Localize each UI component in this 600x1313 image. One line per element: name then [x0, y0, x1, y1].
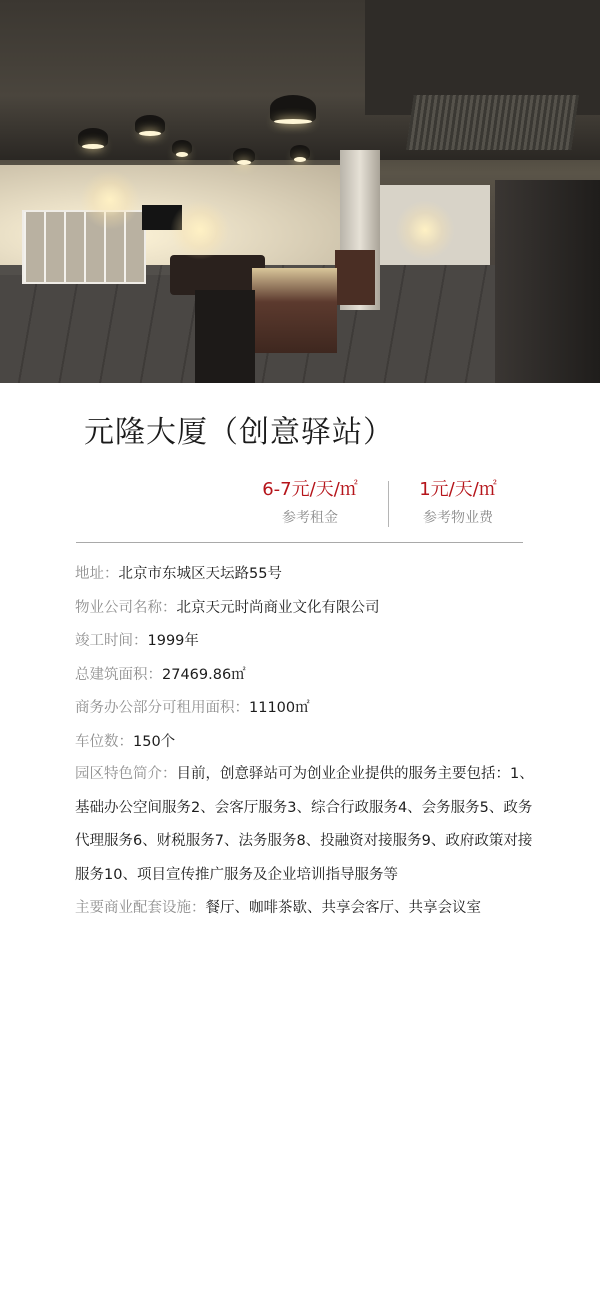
detail-label: 园区特色简介： [75, 766, 177, 782]
detail-label: 车位数： [75, 734, 133, 750]
property-details: 地址：北京市东城区天坛路55号 物业公司名称：北京天元时尚商业文化有限公司 竣工… [75, 563, 535, 926]
rent-price-label: 参考租金 [240, 507, 380, 529]
pendant-lamp-icon [290, 145, 310, 159]
rent-price: 6-7元/天/㎡ 参考租金 [240, 478, 380, 529]
detail-label: 商务办公部分可租用面积： [75, 700, 249, 716]
detail-total-area: 总建筑面积：27469.86㎡ [75, 664, 535, 686]
detail-park-intro: 园区特色简介：目前，创意驿站可为创业企业提供的服务主要包括：1、基础办公空间服务… [75, 758, 535, 892]
photo-light-glow [395, 200, 455, 260]
detail-value: 餐厅、咖啡茶歇、共享会客厅、共享会议室 [206, 900, 482, 916]
property-fee: 1元/天/㎡ 参考物业费 [404, 478, 512, 529]
detail-label: 竣工时间： [75, 633, 148, 649]
detail-property-company: 物业公司名称：北京天元时尚商业文化有限公司 [75, 597, 535, 619]
pendant-lamp-icon [270, 95, 316, 121]
detail-completion-year: 竣工时间：1999年 [75, 630, 535, 652]
pendant-lamp-icon [135, 115, 165, 133]
section-divider [76, 542, 523, 543]
detail-label: 地址： [75, 566, 119, 582]
photo-light-glow [80, 170, 140, 230]
price-summary: 6-7元/天/㎡ 参考租金 1元/天/㎡ 参考物业费 [240, 478, 512, 529]
photo-vent [406, 95, 579, 150]
page-title: 元隆大厦（创意驿站） [84, 407, 394, 451]
detail-value: 27469.86㎡ [162, 667, 246, 683]
photo-sofa [170, 255, 265, 295]
pendant-lamp-icon [233, 148, 255, 162]
detail-value: 1999年 [148, 633, 199, 649]
hero-photo [0, 0, 600, 383]
detail-leasable-area: 商务办公部分可租用面积：11100㎡ [75, 697, 535, 719]
detail-value: 150个 [133, 734, 175, 750]
detail-parking: 车位数：150个 [75, 731, 535, 753]
detail-label: 主要商业配套设施： [75, 900, 206, 916]
detail-value: 11100㎡ [249, 700, 310, 716]
photo-right-area [495, 180, 600, 383]
photo-display-case-2 [335, 250, 375, 305]
photo-light-glow [170, 200, 230, 260]
detail-amenities: 主要商业配套设施：餐厅、咖啡茶歇、共享会客厅、共享会议室 [75, 892, 535, 926]
photo-display-case [252, 268, 337, 353]
detail-value: 目前，创意驿站可为创业企业提供的服务主要包括：1、基础办公空间服务2、会客厅服务… [75, 766, 534, 883]
property-fee-label: 参考物业费 [404, 507, 512, 529]
pendant-lamp-icon [78, 128, 108, 146]
detail-address: 地址：北京市东城区天坛路55号 [75, 563, 535, 585]
property-fee-value: 1元/天/㎡ [404, 478, 512, 502]
detail-label: 总建筑面积： [75, 667, 162, 683]
pendant-lamp-icon [172, 140, 192, 154]
price-divider [388, 481, 389, 527]
detail-label: 物业公司名称： [75, 600, 177, 616]
detail-value: 北京天元时尚商业文化有限公司 [177, 600, 380, 616]
rent-price-value: 6-7元/天/㎡ [240, 478, 380, 502]
detail-value: 北京市东城区天坛路55号 [119, 566, 282, 582]
photo-counter [195, 290, 255, 383]
